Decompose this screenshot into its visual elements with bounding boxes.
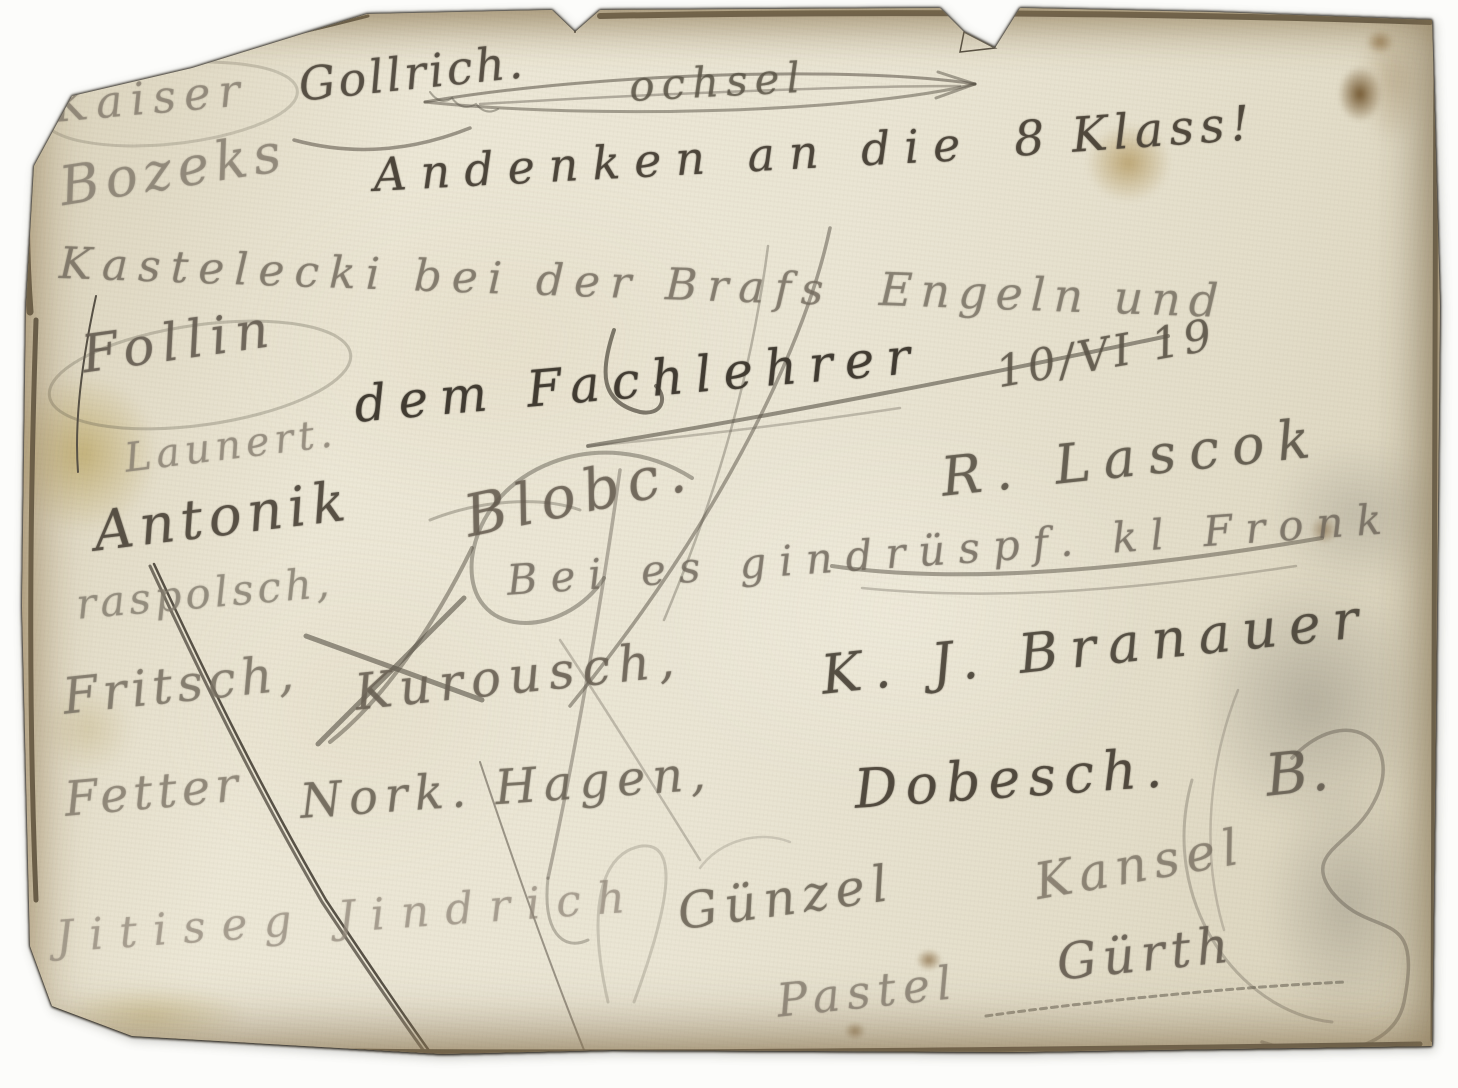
postcard: Kaiser Gollrich. ochsel Andenken an die … (12, 6, 1442, 1056)
paper-texture (12, 6, 1442, 1056)
scan-background: Kaiser Gollrich. ochsel Andenken an die … (0, 0, 1458, 1088)
postcard-back-paper: Kaiser Gollrich. ochsel Andenken an die … (12, 6, 1442, 1056)
